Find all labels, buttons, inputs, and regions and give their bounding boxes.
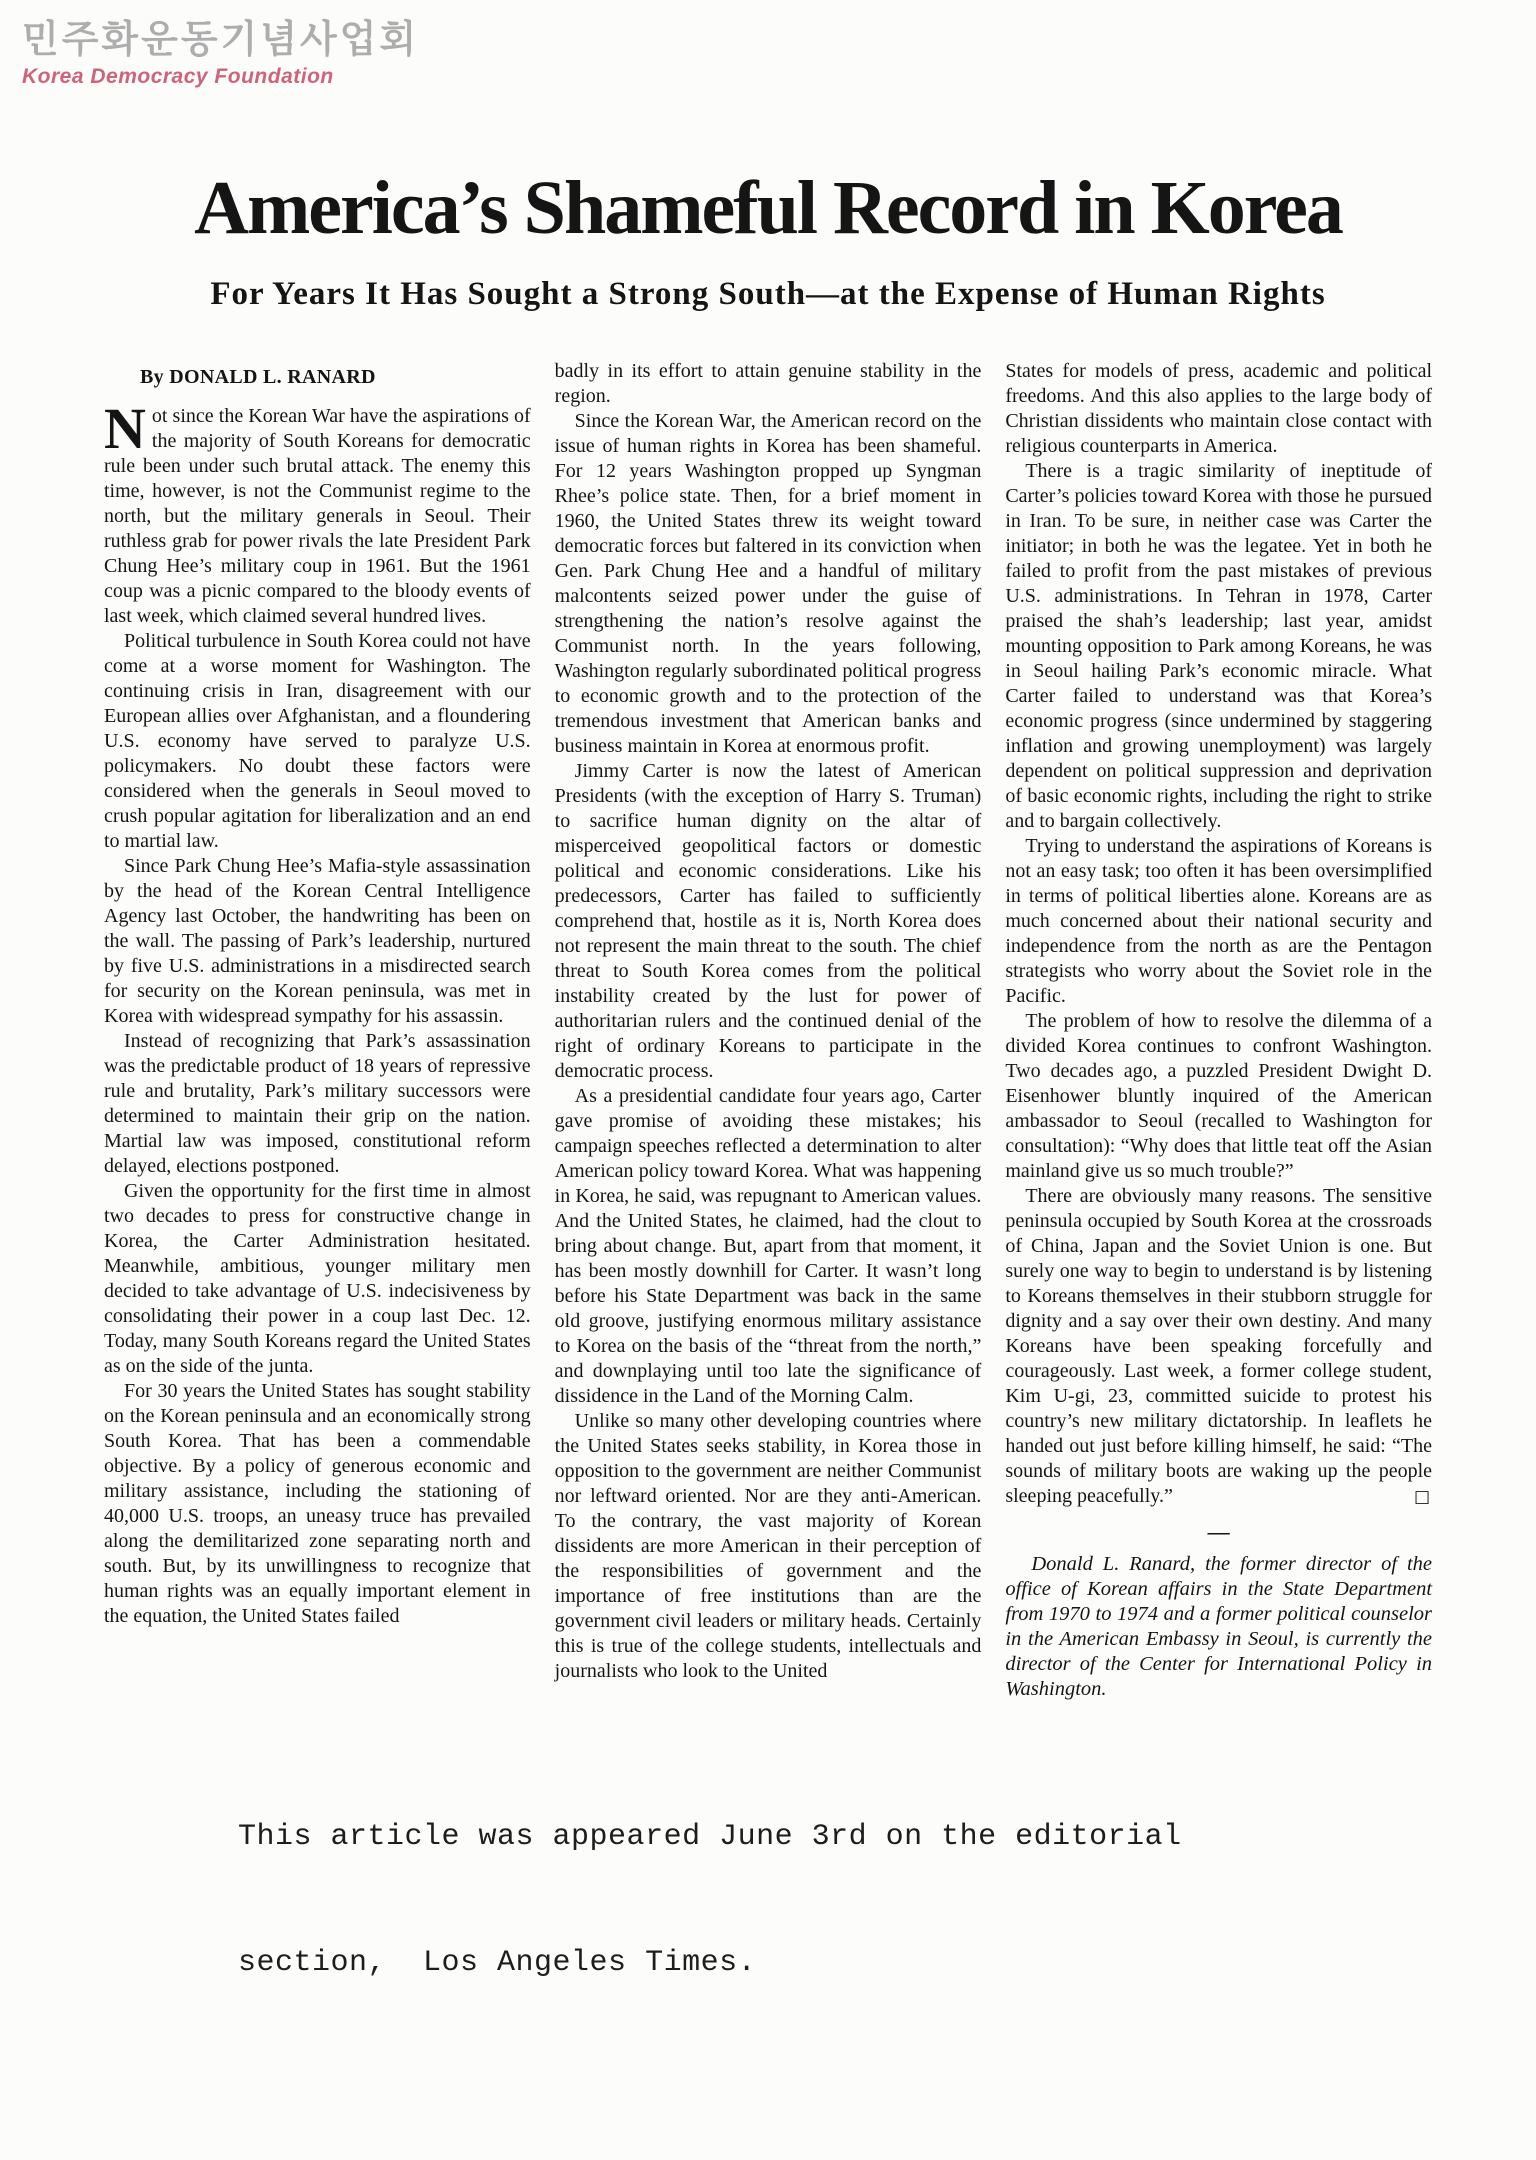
logo-korean-calligraphy: 민주화운동기념사업회 bbox=[22, 18, 419, 60]
paragraph: The problem of how to resolve the dilemm… bbox=[1005, 1009, 1432, 1184]
paragraph-text: There are obviously many reasons. The se… bbox=[1005, 1185, 1432, 1507]
typed-note-line-2: section, Los Angeles Times. bbox=[238, 1942, 1536, 1984]
logo-english-name: Korea Democracy Foundation bbox=[22, 65, 419, 89]
paragraph: Unlike so many other developing countrie… bbox=[555, 1409, 982, 1684]
paragraph: For 30 years the United States has sough… bbox=[104, 1379, 531, 1629]
paragraph: There are obviously many reasons. The se… bbox=[1005, 1184, 1432, 1509]
dropcap-letter: N bbox=[104, 404, 152, 451]
paragraph: Given the opportunity for the first time… bbox=[104, 1179, 531, 1379]
paragraph-text: ot since the Korean War have the aspirat… bbox=[104, 405, 531, 627]
paragraph: As a presidential candidate four years a… bbox=[555, 1084, 982, 1409]
article-body: By DONALD L. RANARD Not since the Korean… bbox=[104, 359, 1432, 1702]
byline: By DONALD L. RANARD bbox=[140, 365, 531, 390]
typed-note-line-1: This article was appeared June 3rd on th… bbox=[238, 1816, 1536, 1858]
newspaper-page: 민주화운동기념사업회 Korea Democracy Foundation Am… bbox=[0, 0, 1536, 2160]
paragraph: badly in its effort to attain genuine st… bbox=[555, 359, 982, 409]
author-bio: Donald L. Ranard, the former director of… bbox=[1005, 1552, 1432, 1702]
paragraph: Jimmy Carter is now the latest of Americ… bbox=[555, 759, 982, 1084]
column-1: By DONALD L. RANARD Not since the Korean… bbox=[104, 359, 531, 1702]
paragraph: Since the Korean War, the American recor… bbox=[555, 409, 982, 759]
paragraph: There is a tragic similarity of ineptitu… bbox=[1005, 459, 1432, 834]
typed-source-note: This article was appeared June 3rd on th… bbox=[238, 1732, 1536, 2068]
paragraph: Political turbulence in South Korea coul… bbox=[104, 629, 531, 854]
paragraph: States for models of press, academic and… bbox=[1005, 359, 1432, 459]
end-of-article-square-icon: □ bbox=[1394, 1489, 1430, 1506]
bio-divider-dash: — bbox=[1005, 1519, 1432, 1544]
korea-democracy-foundation-logo: 민주화운동기념사업회 Korea Democracy Foundation bbox=[22, 18, 419, 89]
column-2: badly in its effort to attain genuine st… bbox=[555, 359, 982, 1702]
paragraph: Trying to understand the aspirations of … bbox=[1005, 834, 1432, 1009]
paragraph: Instead of recognizing that Park’s assas… bbox=[104, 1029, 531, 1179]
article-subtitle: For Years It Has Sought a Strong South—a… bbox=[0, 276, 1536, 313]
paragraph: Not since the Korean War have the aspira… bbox=[104, 404, 531, 629]
paragraph: Since Park Chung Hee’s Mafia-style assas… bbox=[104, 854, 531, 1029]
column-3: States for models of press, academic and… bbox=[1005, 359, 1432, 1702]
